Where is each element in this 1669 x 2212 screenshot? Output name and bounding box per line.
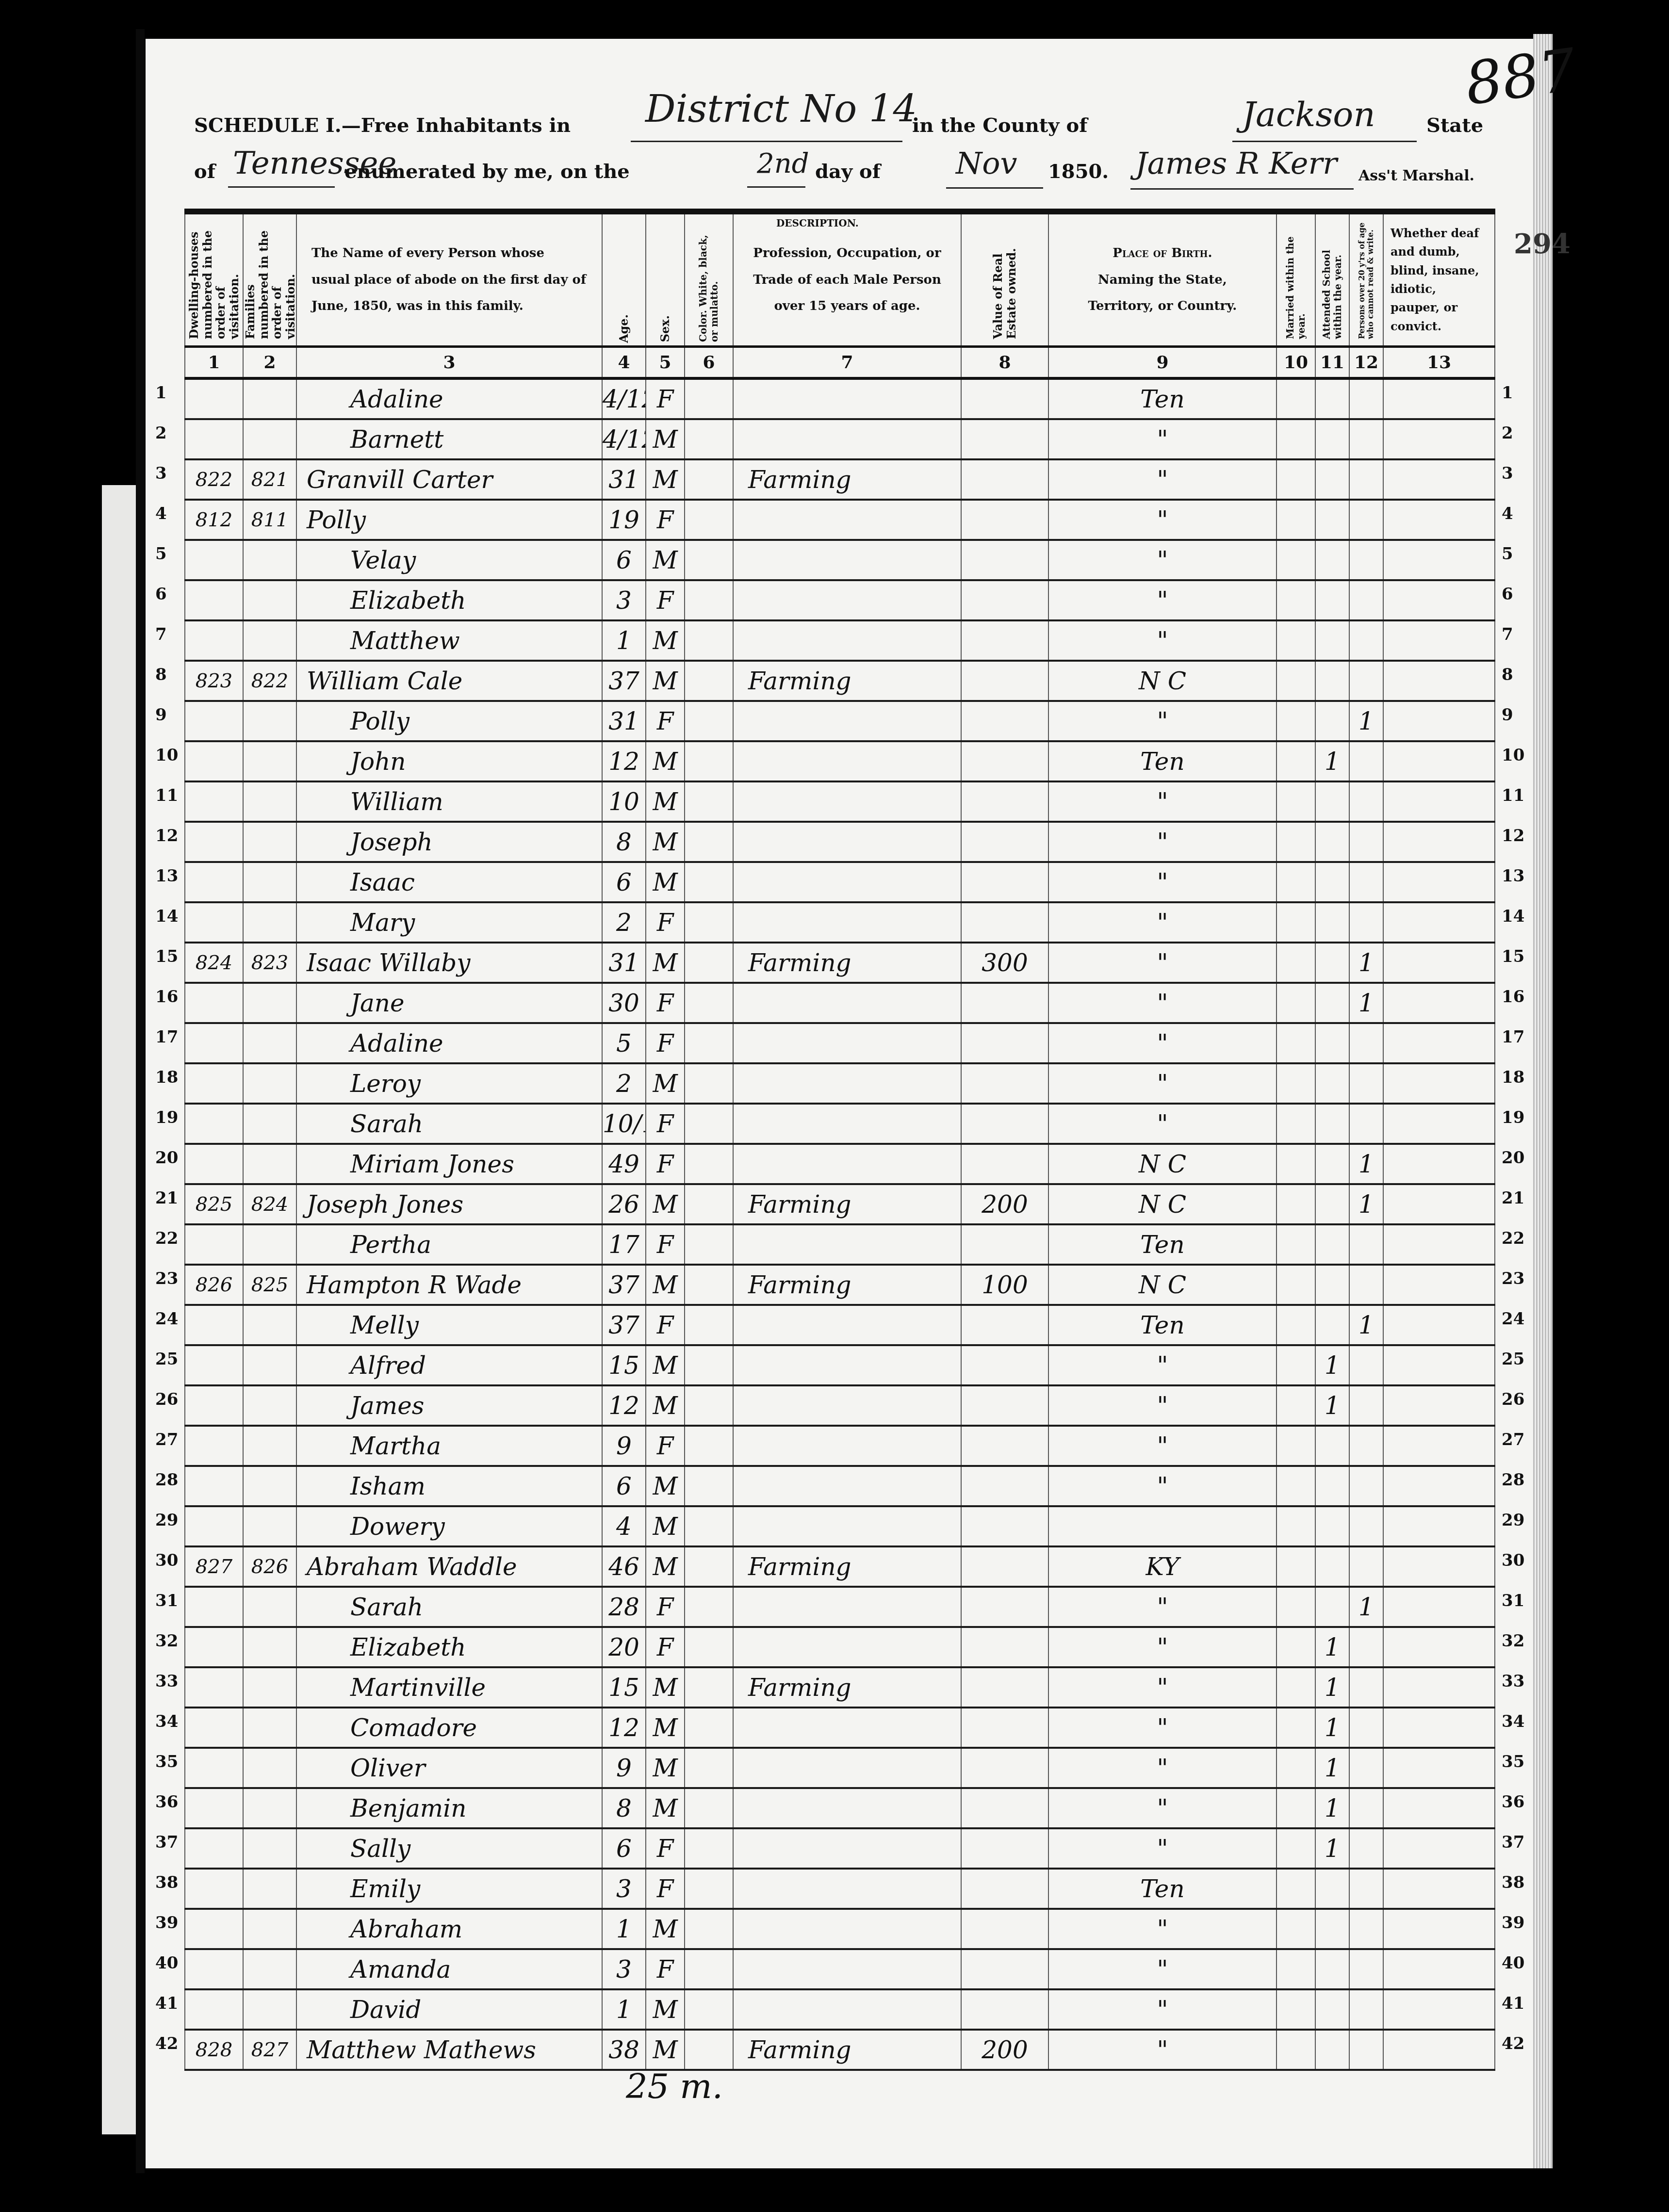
age: 9 (602, 1748, 646, 1788)
cannot-read-write: 1 (1349, 1305, 1383, 1345)
sex: M (646, 540, 685, 580)
real-estate-value: 200 (961, 2030, 1048, 2070)
day-underline (747, 186, 805, 188)
table-row: Sally6F"1 (185, 1828, 1495, 1869)
condition (1383, 983, 1495, 1023)
age: 20 (602, 1627, 646, 1667)
sex: M (646, 419, 685, 459)
person-name: William (296, 781, 602, 822)
line-number-right: 17 (1502, 1027, 1524, 1047)
cannot-read-write (1349, 781, 1383, 822)
cannot-read-write (1349, 580, 1383, 620)
dwelling-number (185, 419, 243, 459)
table-row: Sarah28F"1 (185, 1587, 1495, 1627)
birthplace: Ten (1048, 1869, 1276, 1909)
line-number-left: 34 (155, 1712, 178, 1731)
table-row: Leroy2M" (185, 1063, 1495, 1104)
line-number-left: 15 (155, 947, 178, 966)
cannot-read-write: 1 (1349, 1184, 1383, 1224)
attended-school (1315, 459, 1349, 500)
dwelling-number (185, 902, 243, 943)
age: 12 (602, 741, 646, 781)
sex: F (646, 1104, 685, 1144)
state-prefix: of (194, 160, 215, 183)
occupation (733, 620, 961, 661)
attended-school: 1 (1315, 1627, 1349, 1667)
line-number-left: 19 (155, 1108, 178, 1127)
family-number: 823 (243, 943, 296, 983)
color (685, 378, 733, 419)
real-estate-value (961, 1426, 1048, 1466)
line-number-left: 42 (155, 2034, 178, 2053)
color (685, 1184, 733, 1224)
line-number-right: 37 (1502, 1833, 1524, 1852)
table-row: Matthew1M" (185, 620, 1495, 661)
line-number-left: 30 (155, 1551, 178, 1570)
line-number-right: 40 (1502, 1953, 1524, 1973)
condition (1383, 2030, 1495, 2070)
condition (1383, 540, 1495, 580)
color (685, 1989, 733, 2030)
line-number-left: 33 (155, 1672, 178, 1691)
person-name: John (296, 741, 602, 781)
married-within-year (1276, 1949, 1315, 1989)
family-number (243, 580, 296, 620)
sex: F (646, 1144, 685, 1184)
line-number-right: 18 (1502, 1068, 1524, 1087)
age: 6 (602, 1466, 646, 1506)
dwelling-number (185, 781, 243, 822)
married-within-year (1276, 862, 1315, 902)
attended-school (1315, 902, 1349, 943)
condition (1383, 1587, 1495, 1627)
county-label: in the County of (912, 114, 1087, 137)
color (685, 1063, 733, 1104)
age: 10 (602, 781, 646, 822)
person-name: Polly (296, 500, 602, 540)
day-value: 2nd (757, 148, 809, 179)
attended-school (1315, 1426, 1349, 1466)
color (685, 1587, 733, 1627)
color (685, 983, 733, 1023)
person-name: Hampton R Wade (296, 1265, 602, 1305)
line-number-right: 9 (1502, 705, 1513, 725)
col-7-header: Profession, Occupation, or Trade of each… (733, 211, 961, 347)
table-row: Melly37FTen1 (185, 1305, 1495, 1345)
color (685, 1506, 733, 1546)
family-number (243, 1144, 296, 1184)
day-of-label: day of (815, 160, 881, 183)
line-number-left: 39 (155, 1913, 178, 1933)
color (685, 1748, 733, 1788)
occupation (733, 1144, 961, 1184)
age: 4/12 (602, 378, 646, 419)
attended-school: 1 (1315, 1788, 1349, 1828)
line-number-right: 34 (1502, 1712, 1524, 1731)
birthplace: Ten (1048, 378, 1276, 419)
line-number-right: 42 (1502, 2034, 1524, 2053)
col-11-header: Attended School within the year. (1315, 211, 1349, 347)
age: 3 (602, 580, 646, 620)
column-headers: Dwelling-houses numbered in the order of… (185, 211, 1495, 347)
condition (1383, 1546, 1495, 1587)
age: 46 (602, 1546, 646, 1587)
person-name: Mary (296, 902, 602, 943)
occupation (733, 540, 961, 580)
person-name: Martinville (296, 1667, 602, 1708)
real-estate-value (961, 1949, 1048, 1989)
color (685, 459, 733, 500)
line-number-right: 8 (1502, 665, 1513, 684)
age: 31 (602, 701, 646, 741)
col-num: 10 (1276, 347, 1315, 379)
line-number-right: 33 (1502, 1672, 1524, 1691)
dwelling-number: 823 (185, 661, 243, 701)
cannot-read-write (1349, 741, 1383, 781)
line-number-left: 21 (155, 1188, 178, 1208)
age: 6 (602, 540, 646, 580)
real-estate-value (961, 1627, 1048, 1667)
table-row: Pertha17FTen (185, 1224, 1495, 1265)
real-estate-value (961, 1224, 1048, 1265)
birthplace: " (1048, 943, 1276, 983)
sex: M (646, 1184, 685, 1224)
birthplace: " (1048, 1949, 1276, 1989)
sex: F (646, 378, 685, 419)
married-within-year (1276, 620, 1315, 661)
line-number-left: 4 (155, 504, 167, 523)
line-number-right: 38 (1502, 1873, 1524, 1892)
county-underline (1232, 141, 1417, 142)
real-estate-value (961, 580, 1048, 620)
column-number-row: 1 2 3 4 5 6 7 8 9 10 11 12 13 (185, 347, 1495, 379)
condition (1383, 701, 1495, 741)
birthplace: " (1048, 1989, 1276, 2030)
real-estate-value: 100 (961, 1265, 1048, 1305)
table-row: Isaac6M" (185, 862, 1495, 902)
dwelling-number (185, 1909, 243, 1949)
person-name: Isaac Willaby (296, 943, 602, 983)
real-estate-value (961, 1587, 1048, 1627)
table-row: 825824Joseph Jones26MFarming200N C1 (185, 1184, 1495, 1224)
cannot-read-write (1349, 540, 1383, 580)
age: 6 (602, 1828, 646, 1869)
attended-school (1315, 862, 1349, 902)
col-num: 3 (296, 347, 602, 379)
condition (1383, 1949, 1495, 1989)
person-name: Alfred (296, 1345, 602, 1385)
birthplace: " (1048, 1748, 1276, 1788)
cannot-read-write (1349, 902, 1383, 943)
birthplace: " (1048, 862, 1276, 902)
sex: F (646, 580, 685, 620)
family-number (243, 1708, 296, 1748)
person-name: Sarah (296, 1587, 602, 1627)
birthplace: " (1048, 1667, 1276, 1708)
occupation: Farming (733, 2030, 961, 2070)
cannot-read-write (1349, 1708, 1383, 1748)
person-name: Dowery (296, 1506, 602, 1546)
color (685, 1788, 733, 1828)
real-estate-value: 300 (961, 943, 1048, 983)
family-number (243, 1788, 296, 1828)
col-num: 8 (961, 347, 1048, 379)
table-row: 827826Abraham Waddle46MFarmingKY (185, 1546, 1495, 1587)
attended-school: 1 (1315, 1748, 1349, 1788)
sex: F (646, 1949, 685, 1989)
age: 6 (602, 862, 646, 902)
col-10-header: Married within the year. (1276, 211, 1315, 347)
col-13-header: Whether deaf and dumb, blind, insane, id… (1383, 211, 1495, 347)
age: 15 (602, 1345, 646, 1385)
real-estate-value (961, 378, 1048, 419)
sex: M (646, 1989, 685, 2030)
cannot-read-write (1349, 862, 1383, 902)
person-name: Joseph (296, 822, 602, 862)
line-number-right: 28 (1502, 1470, 1524, 1490)
line-number-right: 5 (1502, 544, 1513, 564)
condition (1383, 1426, 1495, 1466)
attended-school (1315, 1869, 1349, 1909)
line-number-left: 13 (155, 866, 178, 886)
stamped-page-number: 294 (1514, 228, 1571, 260)
married-within-year (1276, 1828, 1315, 1869)
attended-school (1315, 661, 1349, 701)
age: 26 (602, 1184, 646, 1224)
col-12-header: Persons over 20 y'rs of age who cannot r… (1349, 211, 1383, 347)
dwelling-number (185, 1305, 243, 1345)
occupation: Farming (733, 1546, 961, 1587)
table-row: 826825Hampton R Wade37MFarming100N C (185, 1265, 1495, 1305)
cannot-read-write (1349, 1023, 1383, 1063)
attended-school (1315, 1909, 1349, 1949)
cannot-read-write (1349, 1748, 1383, 1788)
real-estate-value (961, 1708, 1048, 1748)
person-name: Granvill Carter (296, 459, 602, 500)
real-estate-value (961, 661, 1048, 701)
line-number-right: 36 (1502, 1792, 1524, 1812)
real-estate-value (961, 1466, 1048, 1506)
table-row: 823822William Cale37MFarmingN C (185, 661, 1495, 701)
condition (1383, 1023, 1495, 1063)
sex: F (646, 1224, 685, 1265)
occupation (733, 1748, 961, 1788)
color (685, 500, 733, 540)
birthplace: " (1048, 459, 1276, 500)
cannot-read-write (1349, 1426, 1383, 1466)
sex: F (646, 1305, 685, 1345)
married-within-year (1276, 1466, 1315, 1506)
family-number (243, 1063, 296, 1104)
line-number-right: 27 (1502, 1430, 1524, 1449)
line-number-left: 32 (155, 1631, 178, 1651)
occupation (733, 1466, 961, 1506)
color (685, 701, 733, 741)
occupation (733, 781, 961, 822)
person-name: Sally (296, 1828, 602, 1869)
birthplace: " (1048, 2030, 1276, 2070)
attended-school (1315, 781, 1349, 822)
cannot-read-write (1349, 661, 1383, 701)
page-edge (1533, 34, 1553, 2168)
line-number-left: 35 (155, 1752, 178, 1772)
dwelling-number: 824 (185, 943, 243, 983)
sex: M (646, 1345, 685, 1385)
sex: M (646, 459, 685, 500)
age: 49 (602, 1144, 646, 1184)
real-estate-value (961, 983, 1048, 1023)
birthplace: " (1048, 580, 1276, 620)
real-estate-value (961, 1869, 1048, 1909)
real-estate-value (961, 459, 1048, 500)
condition (1383, 1788, 1495, 1828)
birthplace: " (1048, 500, 1276, 540)
condition (1383, 1748, 1495, 1788)
dwelling-number (185, 1708, 243, 1748)
line-number-left: 29 (155, 1511, 178, 1530)
married-within-year (1276, 1345, 1315, 1385)
birthplace: " (1048, 1828, 1276, 1869)
condition (1383, 1909, 1495, 1949)
birthplace: N C (1048, 1144, 1276, 1184)
person-name: James (296, 1385, 602, 1426)
person-name: Melly (296, 1305, 602, 1345)
sex: M (646, 2030, 685, 2070)
attended-school (1315, 1989, 1349, 2030)
age: 4/12 (602, 419, 646, 459)
occupation (733, 1063, 961, 1104)
married-within-year (1276, 1506, 1315, 1546)
real-estate-value (961, 741, 1048, 781)
age: 17 (602, 1224, 646, 1265)
married-within-year (1276, 1708, 1315, 1748)
attended-school (1315, 1224, 1349, 1265)
col-num: 13 (1383, 347, 1495, 379)
line-number-right: 41 (1502, 1994, 1524, 2013)
dwelling-number (185, 741, 243, 781)
color (685, 1345, 733, 1385)
family-number (243, 1385, 296, 1426)
color (685, 1305, 733, 1345)
attended-school (1315, 1546, 1349, 1587)
table-row: Alfred15M"1 (185, 1345, 1495, 1385)
dwelling-number (185, 378, 243, 419)
district-value: District No 14 (645, 87, 917, 131)
cannot-read-write (1349, 419, 1383, 459)
line-number-right: 11 (1502, 786, 1524, 805)
occupation (733, 1828, 961, 1869)
table-row: Elizabeth20F"1 (185, 1627, 1495, 1667)
dwelling-number (185, 1023, 243, 1063)
color (685, 1104, 733, 1144)
color (685, 1869, 733, 1909)
attended-school (1315, 620, 1349, 661)
line-number-right: 22 (1502, 1229, 1524, 1248)
line-number-right: 31 (1502, 1591, 1524, 1610)
col-9-header: Place of Birth.Naming the State, Territo… (1048, 211, 1276, 347)
family-number (243, 1023, 296, 1063)
table-row: 828827Matthew Mathews38MFarming200" (185, 2030, 1495, 2070)
sex: M (646, 862, 685, 902)
attended-school: 1 (1315, 1708, 1349, 1748)
color (685, 1426, 733, 1466)
condition (1383, 1828, 1495, 1869)
attended-school: 1 (1315, 741, 1349, 781)
month-underline (946, 187, 1043, 189)
color (685, 419, 733, 459)
dwelling-number (185, 540, 243, 580)
birthplace: KY (1048, 1546, 1276, 1587)
line-number-left: 38 (155, 1873, 178, 1892)
family-number (243, 1305, 296, 1345)
table-row: John12MTen1 (185, 741, 1495, 781)
person-name: Comadore (296, 1708, 602, 1748)
real-estate-value: 200 (961, 1184, 1048, 1224)
person-name: Miriam Jones (296, 1144, 602, 1184)
line-number-left: 5 (155, 544, 167, 564)
married-within-year (1276, 1265, 1315, 1305)
year-label: 1850. (1048, 160, 1109, 183)
dwelling-number: 812 (185, 500, 243, 540)
condition (1383, 1104, 1495, 1144)
attended-school (1315, 1305, 1349, 1345)
married-within-year (1276, 1546, 1315, 1587)
table-row: Abraham1M" (185, 1909, 1495, 1949)
real-estate-value (961, 1104, 1048, 1144)
condition (1383, 1506, 1495, 1546)
person-name: Adaline (296, 1023, 602, 1063)
attended-school (1315, 1184, 1349, 1224)
condition (1383, 1667, 1495, 1708)
condition (1383, 862, 1495, 902)
person-name: Polly (296, 701, 602, 741)
schedule-title: SCHEDULE I.—Free Inhabitants in (194, 114, 571, 137)
line-number-right: 39 (1502, 1913, 1524, 1933)
sex: M (646, 1385, 685, 1426)
sex: M (646, 1788, 685, 1828)
condition (1383, 459, 1495, 500)
dwelling-number (185, 1144, 243, 1184)
married-within-year (1276, 1869, 1315, 1909)
table-row: Elizabeth3F" (185, 580, 1495, 620)
sex: F (646, 1627, 685, 1667)
birthplace: " (1048, 540, 1276, 580)
table-row: Benjamin8M"1 (185, 1788, 1495, 1828)
occupation (733, 1587, 961, 1627)
age: 15 (602, 1667, 646, 1708)
occupation (733, 862, 961, 902)
family-number (243, 378, 296, 419)
condition (1383, 378, 1495, 419)
color (685, 1546, 733, 1587)
birthplace: " (1048, 1788, 1276, 1828)
cannot-read-write (1349, 500, 1383, 540)
line-number-right: 12 (1502, 826, 1524, 846)
sex: M (646, 822, 685, 862)
col-3-header: The Name of every Person whose usual pla… (296, 211, 602, 347)
table-row: 824823Isaac Willaby31MFarming300"1 (185, 943, 1495, 983)
attended-school (1315, 500, 1349, 540)
birthplace: " (1048, 1708, 1276, 1748)
dwelling-number (185, 1667, 243, 1708)
real-estate-value (961, 1788, 1048, 1828)
age: 37 (602, 1305, 646, 1345)
married-within-year (1276, 580, 1315, 620)
real-estate-value (961, 862, 1048, 902)
line-number-left: 10 (155, 746, 178, 765)
married-within-year (1276, 1989, 1315, 2030)
dwelling-number (185, 1506, 243, 1546)
